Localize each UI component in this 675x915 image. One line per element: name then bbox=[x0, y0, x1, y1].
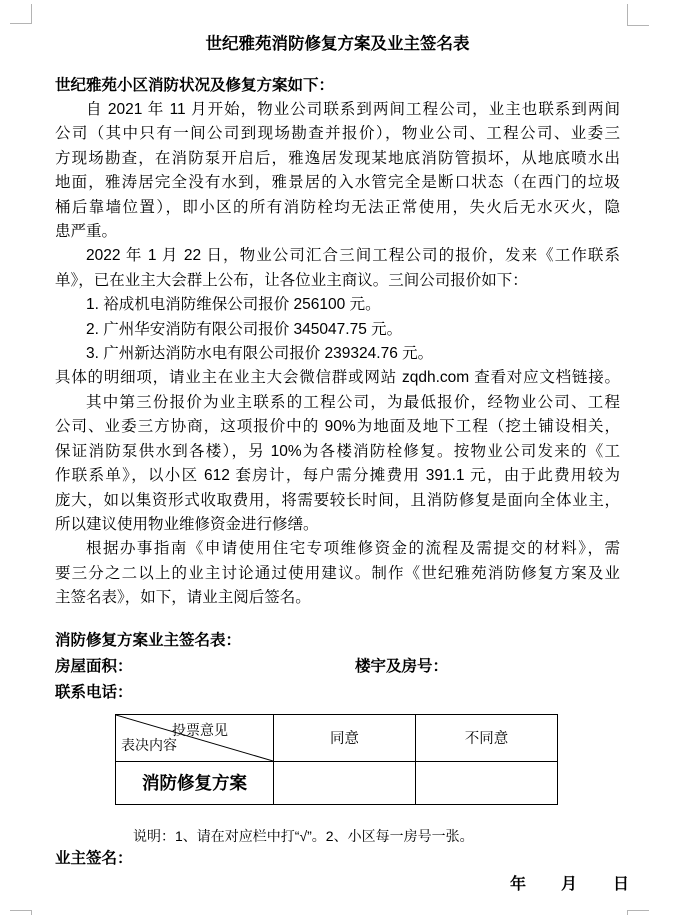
corner-label-vote-opinion: 投票意见 bbox=[172, 720, 228, 740]
phone-line: 联系电话： bbox=[55, 680, 620, 706]
disagree-vote-cell[interactable] bbox=[416, 761, 558, 804]
body-line: 单》，已在业主大会群上公布，让各位业主商议。三间公司报价如下： bbox=[55, 269, 620, 293]
crop-mark-top-left bbox=[10, 4, 32, 24]
vote-table-data-row: 消防修复方案 bbox=[116, 761, 558, 804]
document-page: 世纪雅苑消防修复方案及业主签名表 世纪雅苑小区消防状况及修复方案如下： 自 20… bbox=[0, 0, 675, 915]
building-room-label: 楼宇及房号： bbox=[355, 654, 448, 680]
body-line: 地面，雅涛居完全没有水到，雅景居的入水管完全是断口状态（在西门的垃圾 bbox=[55, 171, 620, 195]
house-area-label: 房屋面积： bbox=[55, 658, 133, 675]
body-line: 要三分之二以上的业主讨论通过使用建议。制作《世纪雅苑消防修复方案及业 bbox=[55, 562, 620, 586]
agree-vote-cell[interactable] bbox=[274, 761, 416, 804]
body-line: 患严重。 bbox=[55, 220, 620, 244]
body-line: 作联系单》，以小区 612 套房计，每户需分摊费用 391.1 元，由于此费用较… bbox=[55, 464, 620, 488]
page-content: 世纪雅苑消防修复方案及业主签名表 世纪雅苑小区消防状况及修复方案如下： 自 20… bbox=[55, 0, 620, 898]
corner-label-vote-content: 表决内容 bbox=[121, 735, 177, 755]
disagree-header-cell: 不同意 bbox=[416, 714, 558, 761]
body-line: 其中第三份报价为业主联系的工程公司，为最低报价，经物业公司、工程 bbox=[55, 391, 620, 415]
instructions-note: 说明：1、请在对应栏中打“√”。2、小区每一房号一张。 bbox=[133, 826, 620, 846]
body-line: 公司（其中只有一间公司到现场勘查并报价），物业公司、工程公司、业委三 bbox=[55, 122, 620, 146]
date-year-label: 年 bbox=[510, 872, 526, 898]
crop-mark-bottom-right bbox=[627, 910, 649, 915]
body-line-quote-2: 2. 广州华安消防有限公司报价 345047.75 元。 bbox=[55, 318, 620, 342]
body-line: 保证消防泵供水到各楼），另 10%为各楼消防栓修复。按物业公司发来的《工 bbox=[55, 440, 620, 464]
date-month-label: 月 bbox=[561, 872, 577, 898]
signature-form-heading: 消防修复方案业主签名表： bbox=[55, 628, 620, 654]
body-line: 方现场勘查，在消防泵开启后，雅逸居发现某地底消防管损坏，从地底喷水出 bbox=[55, 147, 620, 171]
body-line: 具体的明细项，请业主在业主大会微信群或网站 zqdh.com 查看对应文档链接。 bbox=[55, 366, 620, 390]
vote-table-corner-cell: 投票意见 表决内容 bbox=[116, 714, 274, 761]
date-day-label: 日 bbox=[613, 872, 629, 898]
contact-phone-label: 联系电话： bbox=[55, 684, 133, 701]
crop-mark-top-right bbox=[627, 4, 649, 26]
page-title: 世纪雅苑消防修复方案及业主签名表 bbox=[55, 33, 620, 55]
body-line: 公司、业委三方协商，这项报价中的 90%为地面及地下工程（挖土铺设相关， bbox=[55, 415, 620, 439]
agree-header-cell: 同意 bbox=[274, 714, 416, 761]
vote-table: 投票意见 表决内容 同意 不同意 消防修复方案 bbox=[115, 714, 558, 805]
body-line: 庞大，如以集资形式收取费用，将需要较长时间，且消防修复是面向全体业主， bbox=[55, 489, 620, 513]
body-line: 自 2021 年 11 月开始，物业公司联系到两间工程公司，业主也联系到两间 bbox=[55, 98, 620, 122]
owner-signature-label: 业主签名： bbox=[55, 846, 620, 872]
body-line: 所以建议使用物业维修资金进行修缮。 bbox=[55, 513, 620, 537]
area-building-line: 房屋面积： 楼宇及房号： bbox=[55, 654, 620, 680]
body-lines: 自 2021 年 11 月开始，物业公司联系到两间工程公司，业主也联系到两间 公… bbox=[55, 98, 620, 611]
body-line: 根据办事指南《申请使用住宅专项维修资金的流程及需提交的材料》，需 bbox=[55, 537, 620, 561]
body-line-quote-1: 1. 裕成机电消防维保公司报价 256100 元。 bbox=[55, 293, 620, 317]
vote-table-header-row: 投票意见 表决内容 同意 不同意 bbox=[116, 714, 558, 761]
body-line-quote-3: 3. 广州新达消防水电有限公司报价 239324.76 元。 bbox=[55, 342, 620, 366]
body-line: 主签名表》，如下，请业主阅后签名。 bbox=[55, 586, 620, 610]
body-line: 桶后靠墙位置），即小区的所有消防栓均无法正常使用，失火后无水灭火，隐 bbox=[55, 196, 620, 220]
date-line: 年 月 日 bbox=[55, 872, 620, 898]
row-label-fire-repair-plan: 消防修复方案 bbox=[116, 761, 274, 804]
body-line: 2022 年 1 月 22 日，物业公司汇合三间工程公司的报价，发来《工作联系 bbox=[55, 244, 620, 268]
crop-mark-bottom-left bbox=[10, 910, 32, 915]
section-heading: 世纪雅苑小区消防状况及修复方案如下： bbox=[55, 73, 620, 98]
